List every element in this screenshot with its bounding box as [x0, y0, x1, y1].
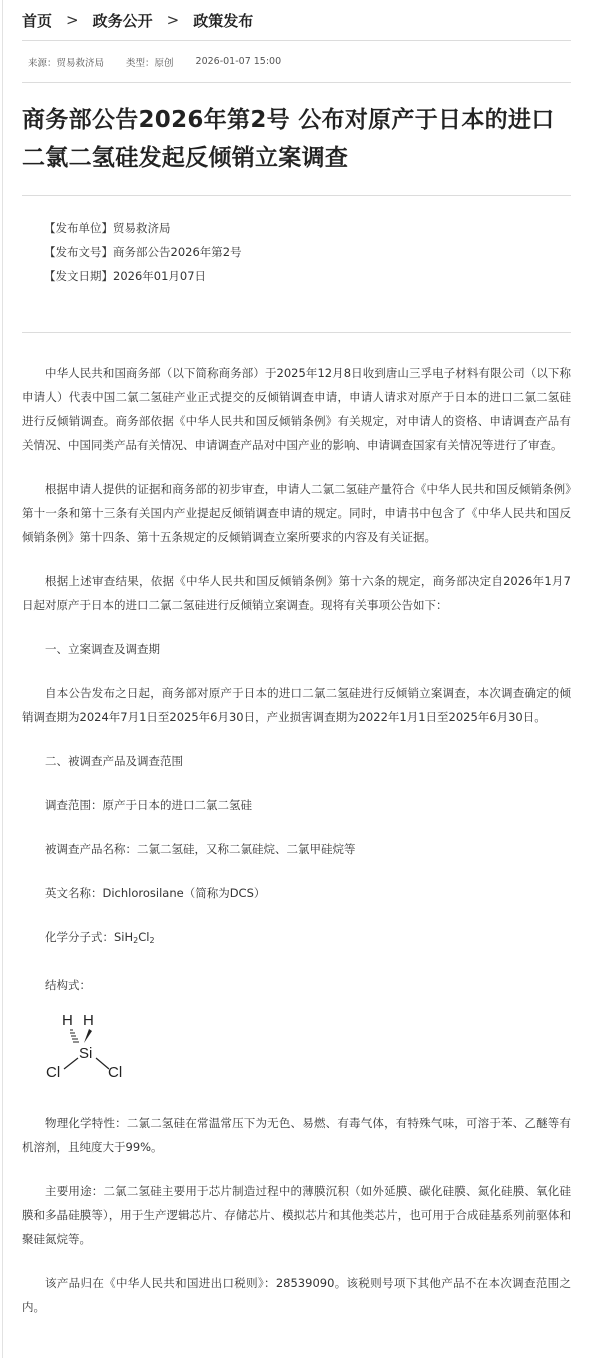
paragraph: 英文名称：Dichlorosilane（简称为DCS）: [22, 881, 571, 905]
meta-source: 来源：贸易救济局: [28, 55, 104, 69]
chemical-formula: 化学分子式：SiH2Cl2: [22, 925, 571, 953]
paragraph: 主要用途：二氯二氢硅主要用于芯片制造过程中的薄膜沉积（如外延膜、碳化硅膜、氮化硅…: [22, 1179, 571, 1251]
section-heading: 二、被调查产品及调查范围: [22, 749, 571, 773]
paragraph: 调查范围：原产于日本的进口二氯二氢硅: [22, 793, 571, 817]
paragraph: 物理化学特性：二氯二氢硅在常温常压下为无色、易燃、有毒气体，有特殊气味，可溶于苯…: [22, 1111, 571, 1159]
formula-subscript: 2: [149, 936, 154, 945]
paragraph: 被调查产品名称：二氯二氢硅，又称二氯硅烷、二氯甲硅烷等: [22, 837, 571, 861]
breadcrumb-home[interactable]: 首页: [22, 10, 52, 31]
formula-part: SiH: [114, 930, 133, 944]
formula-label: 化学分子式：: [45, 930, 114, 944]
breadcrumb-policy-release[interactable]: 政策发布: [193, 10, 253, 31]
atom-cl-left: Cl: [46, 1064, 60, 1081]
formula-part: Cl: [138, 930, 149, 944]
atom-si: Si: [79, 1045, 92, 1062]
article-container: 首页 > 政务公开 > 政策发布 来源：贸易救济局 类型：原创 2026-01-…: [22, 0, 571, 1339]
paragraph: 根据上述审查结果，依据《中华人民共和国反倾销条例》第十六条的规定，商务部决定自2…: [22, 569, 571, 617]
paragraph: 自本公告发布之日起，商务部对原产于日本的进口二氯二氢硅进行反倾销立案调查，本次调…: [22, 681, 571, 729]
article-title: 商务部公告2026年第2号 公布对原产于日本的进口二氯二氢硅发起反倾销立案调查: [22, 83, 571, 196]
article-meta: 来源：贸易救济局 类型：原创 2026-01-07 15:00: [22, 41, 571, 83]
structural-formula-image: H H Si Cl Cl: [46, 1003, 146, 1087]
section-heading: 一、立案调查及调查期: [22, 637, 571, 661]
article-body: 中华人民共和国商务部（以下简称商务部）于2025年12月8日收到唐山三孚电子材料…: [22, 333, 571, 1319]
atom-cl-right: Cl: [108, 1064, 122, 1081]
info-issuer: 【发布单位】贸易救济局: [44, 216, 571, 240]
info-doc-number: 【发布文号】商务部公告2026年第2号: [44, 240, 571, 264]
atom-h-right: H: [83, 1012, 94, 1029]
meta-type: 类型：原创: [126, 55, 174, 69]
paragraph: 该产品归在《中华人民共和国进出口税则》：28539090。该税则号项下其他产品不…: [22, 1271, 571, 1319]
breadcrumb-government-affairs[interactable]: 政务公开: [93, 10, 153, 31]
paragraph: 中华人民共和国商务部（以下简称商务部）于2025年12月8日收到唐山三孚电子材料…: [22, 361, 571, 457]
info-issue-date: 【发文日期】2026年01月07日: [44, 264, 571, 288]
document-info: 【发布单位】贸易救济局 【发布文号】商务部公告2026年第2号 【发文日期】20…: [22, 196, 571, 333]
atom-h-left: H: [62, 1012, 73, 1029]
paragraph: 根据申请人提供的证据和商务部的初步审查，申请人二氯二氢硅产量符合《中华人民共和国…: [22, 477, 571, 549]
structure-label: 结构式：: [22, 973, 571, 997]
breadcrumb: 首页 > 政务公开 > 政策发布: [22, 0, 571, 41]
breadcrumb-separator: >: [66, 11, 79, 29]
meta-datetime: 2026-01-07 15:00: [196, 56, 282, 67]
breadcrumb-separator: >: [167, 11, 180, 29]
